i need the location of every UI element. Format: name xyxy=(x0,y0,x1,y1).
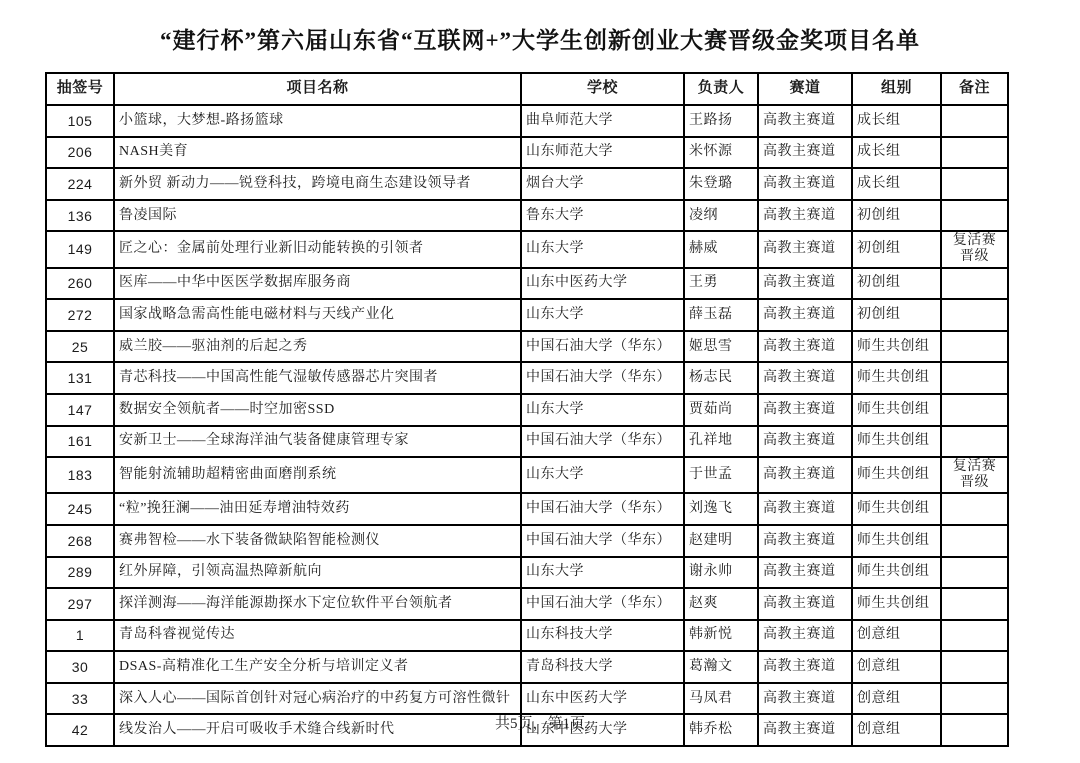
table-cell: 王勇 xyxy=(684,268,758,300)
table-cell: 260 xyxy=(46,268,114,300)
table-row: 272国家战略急需高性能电磁材料与天线产业化山东大学薛玉磊高教主赛道初创组 xyxy=(46,299,1008,331)
table-cell: 中国石油大学（华东） xyxy=(521,331,684,363)
table-cell xyxy=(941,362,1008,394)
table-row: 245“粒”挽狂澜——油田延寿增油特效药中国石油大学（华东）刘逸飞高教主赛道师生… xyxy=(46,493,1008,525)
header-cell-1: 项目名称 xyxy=(114,73,521,105)
table-cell: 297 xyxy=(46,588,114,620)
table-row: 161安新卫士——全球海洋油气装备健康管理专家中国石油大学（华东）孔祥地高教主赛… xyxy=(46,426,1008,458)
table-cell: 高教主赛道 xyxy=(758,231,852,267)
table-cell: 高教主赛道 xyxy=(758,137,852,169)
table-body: 105小篮球，大梦想-路扬篮球曲阜师范大学王路扬高教主赛道成长组206NASH美… xyxy=(46,105,1008,746)
table-cell: 创意组 xyxy=(852,620,941,652)
table-cell: 青岛科技大学 xyxy=(521,651,684,683)
table-cell: 高教主赛道 xyxy=(758,457,852,493)
table-cell: 183 xyxy=(46,457,114,493)
table-cell: 高教主赛道 xyxy=(758,105,852,137)
table-cell: 威兰胶——驱油剂的后起之秀 xyxy=(114,331,521,363)
table-cell: 师生共创组 xyxy=(852,362,941,394)
table-cell: 161 xyxy=(46,426,114,458)
table-cell: 高教主赛道 xyxy=(758,493,852,525)
table-cell: 高教主赛道 xyxy=(758,525,852,557)
table-cell: 高教主赛道 xyxy=(758,426,852,458)
table-cell: 高教主赛道 xyxy=(758,394,852,426)
table-cell: 中国石油大学（华东） xyxy=(521,525,684,557)
table-cell xyxy=(941,394,1008,426)
table-cell: 高教主赛道 xyxy=(758,651,852,683)
table-cell: 韩新悦 xyxy=(684,620,758,652)
table-cell: 朱登璐 xyxy=(684,168,758,200)
table-cell: 薛玉磊 xyxy=(684,299,758,331)
table-cell: 贾茹尚 xyxy=(684,394,758,426)
table-cell: 青岛科睿视觉传达 xyxy=(114,620,521,652)
table-row: 30DSAS-高精准化工生产安全分析与培训定义者青岛科技大学葛瀚文高教主赛道创意… xyxy=(46,651,1008,683)
table-cell: DSAS-高精准化工生产安全分析与培训定义者 xyxy=(114,651,521,683)
header-cell-0: 抽签号 xyxy=(46,73,114,105)
table-cell: 山东大学 xyxy=(521,557,684,589)
table-cell: 新外贸 新动力——锐登科技，跨境电商生态建设领导者 xyxy=(114,168,521,200)
table-cell: 289 xyxy=(46,557,114,589)
table-cell: 谢永帅 xyxy=(684,557,758,589)
table-cell: 马凤君 xyxy=(684,683,758,715)
table-cell xyxy=(941,525,1008,557)
table-cell: 师生共创组 xyxy=(852,493,941,525)
table-row: 105小篮球，大梦想-路扬篮球曲阜师范大学王路扬高教主赛道成长组 xyxy=(46,105,1008,137)
table-cell: 高教主赛道 xyxy=(758,168,852,200)
header-cell-4: 赛道 xyxy=(758,73,852,105)
table-cell xyxy=(941,426,1008,458)
table-cell: 深入人心——国际首创针对冠心病治疗的中药复方可溶性微针 xyxy=(114,683,521,715)
table-cell: 105 xyxy=(46,105,114,137)
table-cell: 复活赛晋级 xyxy=(941,231,1008,267)
table-cell xyxy=(941,268,1008,300)
table-row: 147数据安全领航者——时空加密SSD山东大学贾茹尚高教主赛道师生共创组 xyxy=(46,394,1008,426)
table-cell: 赛弗智检——水下装备微缺陷智能检测仪 xyxy=(114,525,521,557)
table-cell: 姬思雪 xyxy=(684,331,758,363)
table-cell xyxy=(941,299,1008,331)
table-cell: 探洋测海——海洋能源勘探水下定位软件平台领航者 xyxy=(114,588,521,620)
document-page: “建行杯”第六届山东省“互联网+”大学生创新创业大赛晋级金奖项目名单 抽签号项目… xyxy=(0,0,1080,763)
table-cell: 米怀源 xyxy=(684,137,758,169)
table-row: 297探洋测海——海洋能源勘探水下定位软件平台领航者中国石油大学（华东）赵爽高教… xyxy=(46,588,1008,620)
table-row: 131青芯科技——中国高性能气湿敏传感器芯片突围者中国石油大学（华东）杨志民高教… xyxy=(46,362,1008,394)
table-cell: 33 xyxy=(46,683,114,715)
awards-table: 抽签号项目名称学校负责人赛道组别备注 105小篮球，大梦想-路扬篮球曲阜师范大学… xyxy=(45,72,1009,747)
table-cell: 山东大学 xyxy=(521,394,684,426)
document-title: “建行杯”第六届山东省“互联网+”大学生创新创业大赛晋级金奖项目名单 xyxy=(0,22,1080,55)
table-cell: 初创组 xyxy=(852,268,941,300)
table-cell: 245 xyxy=(46,493,114,525)
table-cell: 凌纲 xyxy=(684,200,758,232)
table-row: 206NASH美育山东师范大学米怀源高教主赛道成长组 xyxy=(46,137,1008,169)
table-cell xyxy=(941,493,1008,525)
table-cell: 中国石油大学（华东） xyxy=(521,426,684,458)
table-cell: 高教主赛道 xyxy=(758,683,852,715)
table-row: 33深入人心——国际首创针对冠心病治疗的中药复方可溶性微针山东中医药大学马凤君高… xyxy=(46,683,1008,715)
table-cell xyxy=(941,168,1008,200)
table-cell xyxy=(941,200,1008,232)
table-cell: 131 xyxy=(46,362,114,394)
table-cell: 赵爽 xyxy=(684,588,758,620)
table-cell: NASH美育 xyxy=(114,137,521,169)
table-cell: 206 xyxy=(46,137,114,169)
header-cell-5: 组别 xyxy=(852,73,941,105)
table-cell: 山东科技大学 xyxy=(521,620,684,652)
table-cell: 数据安全领航者——时空加密SSD xyxy=(114,394,521,426)
table-cell xyxy=(941,557,1008,589)
table-cell: “粒”挽狂澜——油田延寿增油特效药 xyxy=(114,493,521,525)
table-cell: 于世孟 xyxy=(684,457,758,493)
table-cell: 初创组 xyxy=(852,200,941,232)
table-cell: 师生共创组 xyxy=(852,457,941,493)
table-cell: 葛瀚文 xyxy=(684,651,758,683)
table-cell xyxy=(941,137,1008,169)
table-cell: 山东中医药大学 xyxy=(521,268,684,300)
table-cell: 中国石油大学（华东） xyxy=(521,588,684,620)
table-cell: 安新卫士——全球海洋油气装备健康管理专家 xyxy=(114,426,521,458)
table-cell: 高教主赛道 xyxy=(758,362,852,394)
table-cell: 成长组 xyxy=(852,105,941,137)
table-cell xyxy=(941,105,1008,137)
table-cell: 高教主赛道 xyxy=(758,588,852,620)
table-cell: 师生共创组 xyxy=(852,331,941,363)
table-cell: 30 xyxy=(46,651,114,683)
table-cell: 初创组 xyxy=(852,231,941,267)
table-cell: 孔祥地 xyxy=(684,426,758,458)
table-cell: 山东师范大学 xyxy=(521,137,684,169)
table-cell: 268 xyxy=(46,525,114,557)
table-cell: 1 xyxy=(46,620,114,652)
table-cell: 师生共创组 xyxy=(852,557,941,589)
table-cell: 匠之心：金属前处理行业新旧动能转换的引领者 xyxy=(114,231,521,267)
header-cell-3: 负责人 xyxy=(684,73,758,105)
table-cell: 杨志民 xyxy=(684,362,758,394)
table-row: 224新外贸 新动力——锐登科技，跨境电商生态建设领导者烟台大学朱登璐高教主赛道… xyxy=(46,168,1008,200)
table-cell: 烟台大学 xyxy=(521,168,684,200)
table-cell xyxy=(941,588,1008,620)
table-header-row: 抽签号项目名称学校负责人赛道组别备注 xyxy=(46,73,1008,105)
table-cell: 创意组 xyxy=(852,683,941,715)
table-row: 289红外屏障，引领高温热障新航向山东大学谢永帅高教主赛道师生共创组 xyxy=(46,557,1008,589)
table-cell: 小篮球，大梦想-路扬篮球 xyxy=(114,105,521,137)
table-cell: 师生共创组 xyxy=(852,525,941,557)
table-cell: 高教主赛道 xyxy=(758,331,852,363)
table-cell: 智能射流辅助超精密曲面磨削系统 xyxy=(114,457,521,493)
table-row: 136鲁凌国际鲁东大学凌纲高教主赛道初创组 xyxy=(46,200,1008,232)
table-cell: 创意组 xyxy=(852,651,941,683)
table-cell: 山东中医药大学 xyxy=(521,683,684,715)
table-cell: 高教主赛道 xyxy=(758,557,852,589)
table-cell: 师生共创组 xyxy=(852,394,941,426)
table-cell: 136 xyxy=(46,200,114,232)
table-cell: 复活赛晋级 xyxy=(941,457,1008,493)
table-cell: 医库——中华中医医学数据库服务商 xyxy=(114,268,521,300)
table-cell: 红外屏障，引领高温热障新航向 xyxy=(114,557,521,589)
table-cell: 中国石油大学（华东） xyxy=(521,493,684,525)
table-cell: 25 xyxy=(46,331,114,363)
table-row: 268赛弗智检——水下装备微缺陷智能检测仪中国石油大学（华东）赵建明高教主赛道师… xyxy=(46,525,1008,557)
page-indicator: 共5页，第1页 xyxy=(0,712,1080,733)
table-cell: 青芯科技——中国高性能气湿敏传感器芯片突围者 xyxy=(114,362,521,394)
header-cell-6: 备注 xyxy=(941,73,1008,105)
table-cell: 王路扬 xyxy=(684,105,758,137)
table-cell: 山东大学 xyxy=(521,299,684,331)
table-row: 25威兰胶——驱油剂的后起之秀中国石油大学（华东）姬思雪高教主赛道师生共创组 xyxy=(46,331,1008,363)
table-cell: 149 xyxy=(46,231,114,267)
table-cell: 272 xyxy=(46,299,114,331)
table-cell: 高教主赛道 xyxy=(758,299,852,331)
table-cell: 147 xyxy=(46,394,114,426)
table-cell: 初创组 xyxy=(852,299,941,331)
table-cell: 赫威 xyxy=(684,231,758,267)
table-cell: 鲁东大学 xyxy=(521,200,684,232)
table-cell xyxy=(941,331,1008,363)
table-cell: 中国石油大学（华东） xyxy=(521,362,684,394)
table-cell: 高教主赛道 xyxy=(758,200,852,232)
table-cell: 山东大学 xyxy=(521,457,684,493)
table-cell: 224 xyxy=(46,168,114,200)
table-cell xyxy=(941,651,1008,683)
table-cell xyxy=(941,683,1008,715)
table-cell: 师生共创组 xyxy=(852,588,941,620)
table-cell: 高教主赛道 xyxy=(758,268,852,300)
table-cell: 国家战略急需高性能电磁材料与天线产业化 xyxy=(114,299,521,331)
table-cell: 刘逸飞 xyxy=(684,493,758,525)
table-cell: 鲁凌国际 xyxy=(114,200,521,232)
table-cell: 高教主赛道 xyxy=(758,620,852,652)
table-cell: 成长组 xyxy=(852,137,941,169)
table-row: 1青岛科睿视觉传达山东科技大学韩新悦高教主赛道创意组 xyxy=(46,620,1008,652)
table-cell: 成长组 xyxy=(852,168,941,200)
table-cell: 师生共创组 xyxy=(852,426,941,458)
table-row: 183智能射流辅助超精密曲面磨削系统山东大学于世孟高教主赛道师生共创组复活赛晋级 xyxy=(46,457,1008,493)
table-cell: 赵建明 xyxy=(684,525,758,557)
table-cell xyxy=(941,620,1008,652)
table-cell: 曲阜师范大学 xyxy=(521,105,684,137)
header-cell-2: 学校 xyxy=(521,73,684,105)
table-row: 149匠之心：金属前处理行业新旧动能转换的引领者山东大学赫威高教主赛道初创组复活… xyxy=(46,231,1008,267)
table-cell: 山东大学 xyxy=(521,231,684,267)
table-row: 260医库——中华中医医学数据库服务商山东中医药大学王勇高教主赛道初创组 xyxy=(46,268,1008,300)
